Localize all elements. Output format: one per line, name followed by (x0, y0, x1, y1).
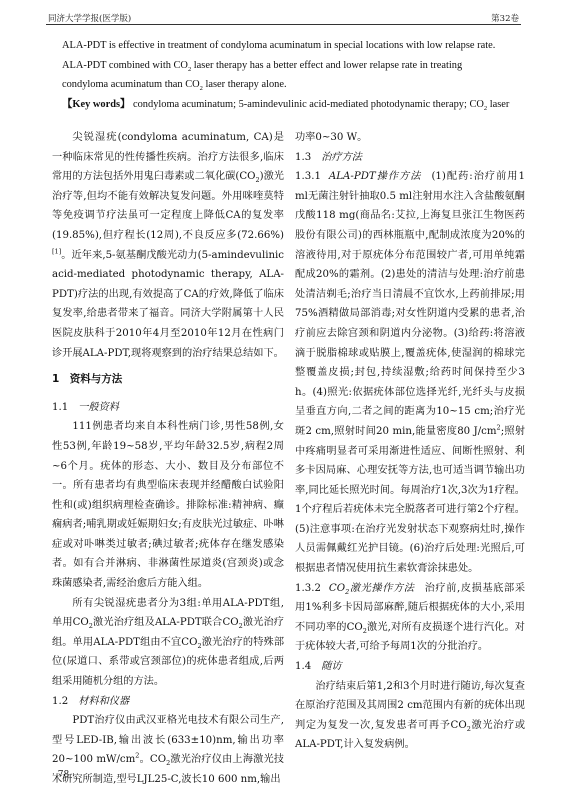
paragraph: 治疗结束后第1,2和3个月时进行随访,每次复查在原治疗范围及其周围2 cm范围内… (295, 677, 525, 755)
subsection-heading: 1.1一般资料 (52, 398, 284, 418)
paragraph: 111例患者均来自本科性病门诊,男性58例,女性53例,年龄19~58岁,平均年… (52, 417, 284, 593)
paragraph: 1.3.2CO2激光操作方法治疗前,皮损基底部采用1%利多卡因局部麻醉,随后根据… (295, 579, 525, 657)
paragraph: PDT治疗仪由武汉亚格光电技术有限公司生产,型号LED-IB,输出波长(633±… (52, 711, 284, 789)
subsubsection-heading: 1.3.1ALA-PDT操作方法 (295, 171, 431, 182)
abstract-line: ALA-PDT is effective in treatment of con… (62, 36, 527, 56)
subsection-heading: 1.2材料和仪器 (52, 692, 284, 712)
abstract-tail: ALA-PDT is effective in treatment of con… (62, 36, 527, 114)
abstract-line: ALA-PDT combined with CO2 laser therapy … (62, 56, 527, 76)
journal-name: 同济大学学报(医学版) (48, 12, 131, 24)
paragraph-continuation: 功率0~30 W。 (295, 128, 525, 148)
citation-ref[interactable]: [1] (52, 247, 61, 255)
running-header: 同济大学学报(医学版) 第32卷 (48, 6, 519, 24)
keywords-label: 【Key words】 (62, 99, 130, 110)
abstract-line: condyloma acuminatum than CO2 laser ther… (62, 75, 527, 95)
paragraph: 所有尖锐湿疣患者分为3组:单用ALA-PDT组,单用CO2激光治疗组及ALA-P… (52, 594, 284, 692)
header-rule (46, 24, 521, 25)
right-column: 功率0~30 W。 1.3治疗方法 1.3.1ALA-PDT操作方法(1)配药:… (295, 128, 525, 755)
left-column: 尖锐湿疣(condyloma acuminatum, CA)是一种临床常见的性传… (52, 128, 284, 790)
subsubsection-heading: 1.3.2CO2激光操作方法 (295, 583, 425, 594)
volume-number: 第32卷 (491, 12, 519, 24)
subsection-heading: 1.4随访 (295, 657, 525, 677)
subsection-heading: 1.3治疗方法 (295, 148, 525, 168)
intro-paragraph: 尖锐湿疣(condyloma acuminatum, CA)是一种临床常见的性传… (52, 128, 284, 363)
paragraph: 1.3.1ALA-PDT操作方法(1)配药:治疗前用1 ml无菌注射针抽取0.5… (295, 167, 525, 578)
keywords: 【Key words】 condyloma acuminatum; 5-amin… (62, 95, 527, 115)
page-number: · 78 · (52, 770, 75, 780)
section-heading: 1 资料与方法 (52, 370, 284, 390)
